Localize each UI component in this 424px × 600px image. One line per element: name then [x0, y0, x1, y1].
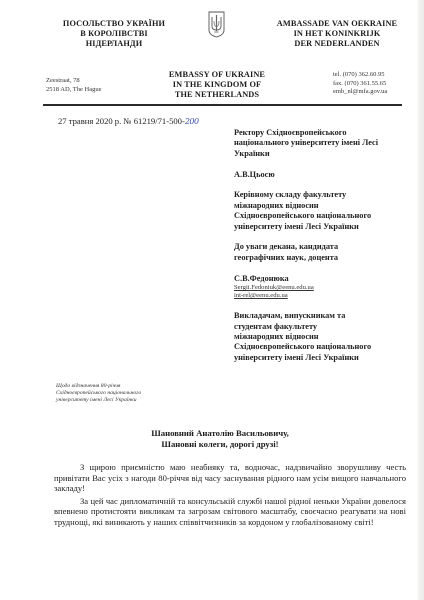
recipient-line: Викладачам, випускникам та — [234, 311, 378, 321]
address-city: 2518 AD, The Hague — [46, 86, 101, 95]
english-name-line: EMBASSY OF UKRAINE — [152, 70, 282, 80]
recipient-dean-attention: До уваги декана, кандидата географічних … — [234, 242, 378, 263]
ukrainian-name-line: В КОРОЛІВСТВІ — [48, 29, 180, 39]
greeting-line: Шановні колеги, дорогі друзі! — [100, 439, 340, 450]
date-and-number: 27 травня 2020 р. № 61219/71-500- — [58, 116, 185, 126]
recipient-line: А.В.Цьосю — [234, 170, 378, 180]
recipient-faculty-leadership: Керівному складу факультету міжнародних … — [234, 190, 378, 232]
recipient-line: Східноєвропейського національного — [234, 211, 378, 221]
contact-fax: fax. (070) 361.55.65 — [333, 80, 387, 89]
recipient-rector: Ректору Східноєвропейського національног… — [234, 128, 378, 159]
recipient-line: Ректору Східноєвропейського — [234, 128, 378, 138]
letter-subject: Щодо відзначення 80-річчя Східноєвропейс… — [56, 383, 141, 405]
embassy-address: Zeestraat, 78 2518 AD, The Hague — [46, 77, 101, 94]
embassy-name-ukrainian: ПОСОЛЬСТВО УКРАЇНИ В КОРОЛІВСТВІ НІДЕРЛА… — [48, 19, 180, 50]
body-paragraph: За цей час дипломатичній та консульській… — [54, 496, 406, 528]
recipient-line: університету імені Лесі Українки — [234, 353, 378, 363]
recipient-rector-name: А.В.Цьосю — [234, 170, 378, 180]
email-link-fedoniuk[interactable]: Sergii.Fedoniuk@eenu.edu.ua — [234, 284, 378, 292]
recipient-line: Східноєвропейського національного — [234, 342, 378, 352]
trident-coat-of-arms-icon — [208, 11, 225, 38]
handwritten-number: 200 — [185, 117, 199, 126]
dutch-name-line: AMBASSADE VAN OEKRAINE — [262, 19, 412, 29]
contact-email: emb_nl@mfa.gov.ua — [333, 88, 387, 97]
letterhead-divider — [43, 104, 402, 106]
dutch-name-line: DER NEDERLANDEN — [262, 39, 412, 49]
letter-body: З щирою приємністю маю неабияку та, водн… — [54, 462, 406, 530]
subject-line: Східноєвропейського національного — [56, 390, 141, 397]
recipient-line: університету імені Лесі Українки — [234, 222, 378, 232]
recipient-line: Керівному складу факультету — [234, 190, 378, 200]
letter-greeting: Шановний Анатолію Васильовичу, Шановні к… — [100, 428, 340, 451]
contact-tel: tel. (070) 362.60.95 — [333, 71, 387, 80]
recipient-faculty-community: Викладачам, випускникам та студентам фак… — [234, 311, 378, 363]
address-street: Zeestraat, 78 — [46, 77, 101, 86]
letter-page: ПОСОЛЬСТВО УКРАЇНИ В КОРОЛІВСТВІ НІДЕРЛА… — [0, 0, 418, 600]
recipient-line: С.В.Федонюка — [234, 274, 378, 284]
ukrainian-name-line: НІДЕРЛАНДИ — [48, 39, 180, 49]
subject-line: університету імені Лесі Українки — [56, 397, 141, 404]
english-name-line: IN THE KINGDOM OF — [152, 80, 282, 90]
english-name-line: THE NETHERLANDS — [152, 90, 282, 100]
page-edge-shadow — [418, 0, 424, 600]
embassy-name-dutch: AMBASSADE VAN OEKRAINE IN HET KONINKRIJK… — [262, 19, 412, 50]
recipient-line: міжнародних відносин — [234, 332, 378, 342]
recipient-line: студентам факультету — [234, 322, 378, 332]
recipient-line: міжнародних відносин — [234, 201, 378, 211]
recipient-line: національного університету імені Лесі — [234, 138, 378, 148]
recipient-line: географічних наук, доцента — [234, 253, 378, 263]
dutch-name-line: IN HET KONINKRIJK — [262, 29, 412, 39]
ukrainian-name-line: ПОСОЛЬСТВО УКРАЇНИ — [48, 19, 180, 29]
embassy-name-english: EMBASSY OF UKRAINE IN THE KINGDOM OF THE… — [152, 70, 282, 101]
recipients-block: Ректору Східноєвропейського національног… — [234, 128, 378, 374]
email-link-int-rel[interactable]: int-rel@eenu.edu.ua — [234, 292, 378, 300]
recipient-line: Українки — [234, 149, 378, 159]
body-paragraph: З щирою приємністю маю неабияку та, водн… — [54, 462, 406, 494]
recipient-line: До уваги декана, кандидата — [234, 242, 378, 252]
reference-line: 27 травня 2020 р. № 61219/71-500-200 — [58, 116, 199, 126]
recipient-dean-name: С.В.Федонюка Sergii.Fedoniuk@eenu.edu.ua… — [234, 274, 378, 301]
greeting-line: Шановний Анатолію Васильовичу, — [100, 428, 340, 439]
embassy-contacts: tel. (070) 362.60.95 fax. (070) 361.55.6… — [333, 71, 387, 97]
